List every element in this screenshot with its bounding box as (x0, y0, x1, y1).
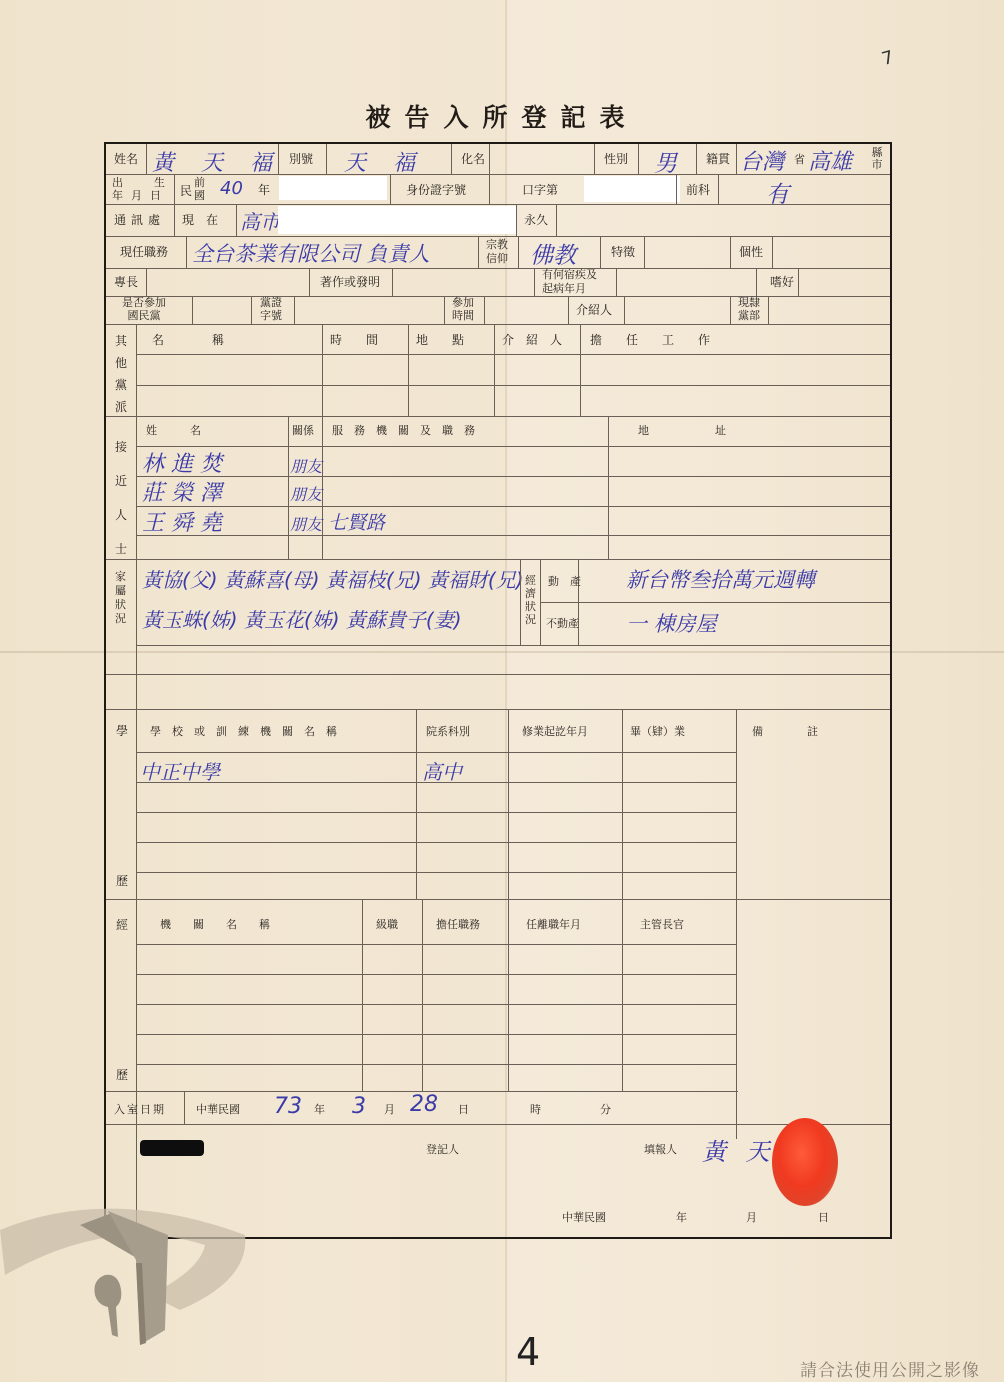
sign-date-month-label: 月 (746, 1212, 757, 1224)
name-label: 姓名 (114, 153, 138, 166)
education-header-period: 修業起訖年月 (522, 726, 588, 738)
features-label: 特徵 (611, 246, 635, 259)
position-label: 現任職務 (120, 246, 168, 259)
sex-label: 性別 (604, 153, 628, 166)
era-label-guo: 國 (194, 190, 205, 202)
education-header-department: 院系科別 (426, 726, 470, 738)
criminal-record-value[interactable]: 有 (766, 176, 789, 209)
employment-side-label-top: 經 (116, 916, 128, 933)
admission-month-value[interactable]: 3 (352, 1094, 366, 1119)
employment-header-duty: 擔任職務 (436, 919, 480, 931)
current-party-label-top: 現隸 (738, 297, 760, 309)
illness-label-bottom: 起病年月 (542, 283, 586, 295)
admission-hour-label: 時 (530, 1104, 541, 1116)
religion-label-bottom: 信仰 (486, 253, 508, 265)
page-number: 4 (516, 1330, 540, 1374)
era-label-min: 民 (180, 185, 192, 198)
associates-header-name: 姓 名 (146, 425, 201, 437)
year-label: 年 (258, 184, 270, 197)
associate-name[interactable]: 莊 榮 澤 (142, 476, 222, 507)
immovable-property-label: 不動產 (546, 618, 579, 630)
redacted-birth-date (279, 176, 387, 200)
document-title: 被告入所登記表 (0, 98, 1004, 134)
current-party-label-bottom: 黨部 (738, 310, 760, 322)
employment-header-grade: 級職 (376, 919, 398, 931)
associate-relation[interactable]: 朋友 (290, 454, 322, 477)
economic-side-label: 經濟狀況 (525, 574, 537, 626)
name-value[interactable]: 黃 天 福 (152, 146, 282, 177)
sex-value[interactable]: 男 (654, 145, 677, 178)
employment-header-org: 機 關 名 稱 (160, 919, 270, 931)
other-parties-header-role: 擔 任 工 作 (590, 334, 710, 347)
associate-name[interactable]: 王 舜 堯 (142, 506, 222, 537)
registrar-label: 登記人 (426, 1144, 459, 1156)
other-parties-header-time: 時 間 (330, 334, 378, 347)
sign-date-year-label: 年 (676, 1212, 687, 1224)
religion-label-top: 宗教 (486, 239, 508, 251)
watermark-text: 請合法使用公開之影像 (800, 1356, 980, 1381)
native-province-value[interactable]: 台灣 (740, 145, 784, 176)
province-label: 省 (794, 154, 805, 166)
native-county-value[interactable]: 高雄 (808, 145, 852, 176)
associate-employer[interactable]: 七賢路 (328, 508, 385, 535)
works-label: 著作或發明 (320, 276, 380, 289)
associates-side-label: 接近人士 (115, 430, 129, 566)
admission-year-label: 年 (314, 1104, 325, 1116)
pseudonym-label: 化名 (461, 153, 485, 166)
education-header-school: 學 校 或 訓 練 機 關 名 稱 (150, 726, 337, 738)
join-time-label-bottom: 時間 (452, 310, 474, 322)
associates-header-address: 地 址 (638, 425, 726, 437)
join-time-label-top: 參加 (452, 297, 474, 309)
family-members-line-2[interactable]: 黃玉蛛(姊) 黃玉花(姊) 黃蘇貴子(妻) (142, 604, 462, 633)
admission-minute-label: 分 (600, 1104, 611, 1116)
contact-label: 通訊處 (114, 214, 165, 227)
personality-label: 個性 (739, 246, 763, 259)
permanent-address-label: 永久 (524, 214, 548, 227)
associates-header-employer: 服 務 機 關 及 職 務 (332, 425, 475, 437)
native-place-label: 籍貫 (706, 153, 730, 166)
birth-label-top: 出 生 (112, 177, 175, 189)
education-department[interactable]: 高中 (422, 756, 462, 785)
other-parties-header-place: 地 點 (416, 334, 464, 347)
archive-book-keyhole-logo-icon (0, 1185, 260, 1360)
movable-property-value[interactable]: 新台幣叁拾萬元週轉 (626, 564, 815, 594)
alias-value[interactable]: 天 福 (344, 146, 425, 177)
criminal-record-label: 前科 (686, 184, 710, 197)
education-school[interactable]: 中正中學 (140, 756, 220, 785)
id-label: 身份證字號 (406, 184, 466, 197)
position-value[interactable]: 全台茶業有限公司 負責人 (192, 238, 430, 268)
id-prefix-label: 口字第 (522, 184, 558, 197)
birth-label-bottom: 年月日 (112, 190, 169, 202)
associates-header-relation: 關係 (292, 425, 314, 437)
redacted-address (278, 206, 516, 234)
alias-label: 別號 (289, 153, 313, 166)
birth-year-value[interactable]: 40 (220, 178, 243, 199)
family-members-line-1[interactable]: 黃協(父) 黃蘇喜(母) 黃福枝(兄) 黃福財(兄) (142, 564, 524, 593)
redacted-registrar-name (140, 1140, 204, 1156)
other-parties-header-name: 名 稱 (152, 334, 312, 347)
current-address-label: 現 在 (182, 214, 218, 227)
era-label-qian: 前 (194, 177, 205, 189)
immovable-property-value[interactable]: 一 棟房屋 (626, 608, 717, 638)
introducer-label: 介紹人 (576, 304, 612, 317)
registration-form: 姓名 黃 天 福 別號 天 福 化名 性別 男 籍貫 台灣 省 高雄 縣市 出 … (104, 142, 892, 1239)
employment-header-supervisor: 主管長官 (640, 919, 684, 931)
sign-date-era-label: 中華民國 (562, 1212, 606, 1224)
admission-era-label: 中華民國 (196, 1104, 240, 1116)
admission-day-value[interactable]: 28 (410, 1092, 438, 1117)
admission-month-label: 月 (384, 1104, 395, 1116)
other-parties-side-label: 其他黨派 (115, 330, 129, 418)
reporter-label: 填報人 (644, 1144, 677, 1156)
county-label: 縣市 (870, 147, 884, 171)
current-address-value[interactable]: 高市 (240, 206, 280, 235)
party-id-label-top: 黨證 (260, 297, 282, 309)
other-parties-header-introducer: 介 紹 人 (502, 334, 562, 347)
employment-header-period: 任離職年月 (526, 919, 581, 931)
education-side-label-top: 學 (116, 722, 128, 739)
hobby-label: 嗜好 (770, 276, 794, 289)
associate-name[interactable]: 林 進 焚 (142, 447, 222, 478)
kmt-label-bottom: 國民黨 (114, 310, 174, 322)
education-side-label-bottom: 歷 (116, 872, 128, 889)
associate-relation[interactable]: 朋友 (290, 512, 322, 535)
sign-date-day-label: 日 (818, 1212, 829, 1224)
movable-property-label: 動 產 (548, 576, 581, 588)
education-header-status: 畢（肄）業 (630, 726, 685, 738)
thumbprint-seal (772, 1118, 838, 1206)
party-id-label-bottom: 字號 (260, 310, 282, 322)
corner-page-mark: 7 (879, 47, 895, 70)
employment-side-label-bottom: 歷 (116, 1066, 128, 1083)
associate-relation[interactable]: 朋友 (290, 482, 322, 505)
family-side-label: 家屬狀況 (115, 570, 129, 626)
religion-value[interactable]: 佛教 (530, 237, 576, 270)
education-header-remarks: 備 註 (752, 726, 818, 738)
admission-year-value[interactable]: 73 (274, 1094, 302, 1119)
admission-day-label: 日 (458, 1104, 469, 1116)
kmt-label-top: 是否參加 (114, 297, 174, 309)
specialty-label: 專長 (114, 276, 138, 289)
redacted-id-number (584, 176, 680, 202)
illness-label-top: 有何宿疾及 (542, 269, 597, 281)
admission-date-label: 入室日期 (114, 1104, 166, 1116)
